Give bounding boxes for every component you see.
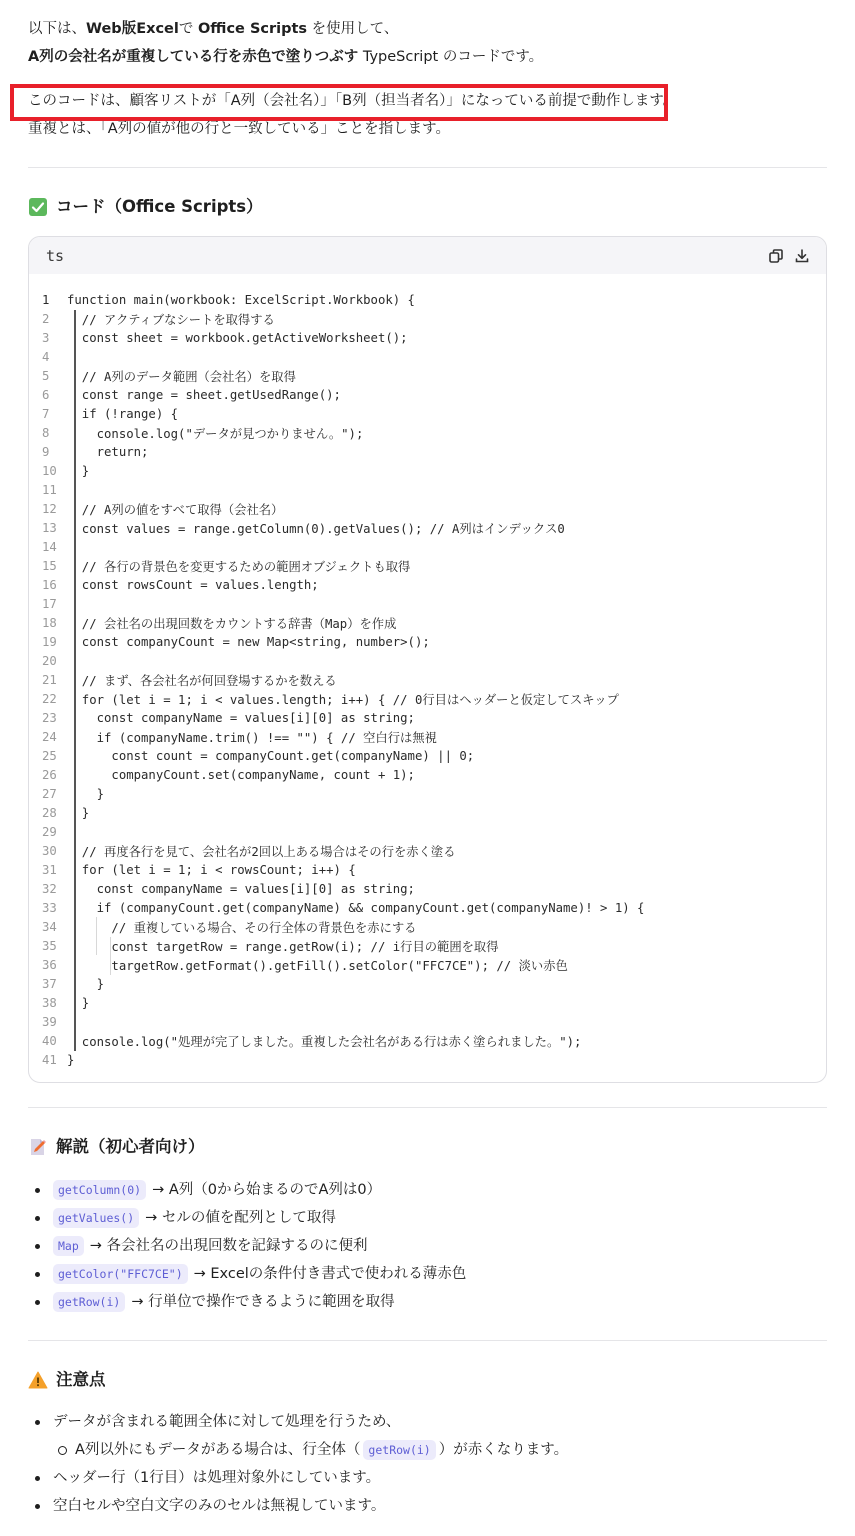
intro-line-4: 重複とは、「A列の値が他の行と一致している」ことを指します。 xyxy=(28,120,450,139)
inline-code: Map xyxy=(53,1236,84,1256)
intro-line-2: A列の会社名が重複している行を赤色で塗りつぶす TypeScript のコードで… xyxy=(28,48,543,67)
code-line: 6 const range = sheet.getUsedRange(); xyxy=(29,385,826,404)
code-language-label: ts xyxy=(46,247,64,265)
intro-bold: Office Scripts xyxy=(198,21,307,37)
list-item-text: → 行単位で操作できるように範囲を取得 xyxy=(131,1288,394,1316)
line-number: 34 xyxy=(29,920,67,934)
notes-list: データが含まれる範囲全体に対して処理を行うため、 A列以外にもデータがある場合は… xyxy=(28,1408,568,1520)
code-section-title: コード（Office Scripts） xyxy=(56,196,263,218)
line-number: 15 xyxy=(29,559,67,573)
code-text: return; xyxy=(67,445,148,459)
line-number: 11 xyxy=(29,483,67,497)
code-line: 3 const sheet = workbook.getActiveWorksh… xyxy=(29,328,826,347)
line-number: 12 xyxy=(29,502,67,516)
line-number: 21 xyxy=(29,673,67,687)
list-item: getRow(i)→ 行単位で操作できるように範囲を取得 xyxy=(28,1288,466,1316)
line-number: 24 xyxy=(29,730,67,744)
code-line: 28 } xyxy=(29,803,826,822)
line-number: 18 xyxy=(29,616,67,630)
divider xyxy=(28,1340,827,1341)
code-text: console.log("処理が完了しました。重複した会社名がある行は赤く塗られ… xyxy=(67,1032,581,1050)
explanation-heading: 解説（初心者向け） xyxy=(28,1136,205,1158)
code-text: const targetRow = range.getRow(i); // i行… xyxy=(67,937,499,955)
code-block-header: ts xyxy=(29,237,826,274)
code-line: 18 // 会社名の出現回数をカウントする辞書（Map）を作成 xyxy=(29,613,826,632)
code-line: 38 } xyxy=(29,993,826,1012)
code-text: // A列のデータ範囲（会社名）を取得 xyxy=(67,367,296,385)
code-text: // 重複している場合、その行全体の背景色を赤にする xyxy=(67,918,416,936)
code-text: } xyxy=(67,464,89,478)
code-line: 10 } xyxy=(29,461,826,480)
check-mark-button-icon xyxy=(28,197,48,217)
intro-text: 以下は、 xyxy=(28,21,86,37)
code-section-heading: コード（Office Scripts） xyxy=(28,196,263,218)
code-editor[interactable]: 1function main(workbook: ExcelScript.Wor… xyxy=(29,274,826,1069)
line-number: 16 xyxy=(29,578,67,592)
line-number: 9 xyxy=(29,445,67,459)
code-text: const values = range.getColumn(0).getVal… xyxy=(67,519,565,537)
line-number: 39 xyxy=(29,1015,67,1029)
list-item: getValues()→ セルの値を配列として取得 xyxy=(28,1204,466,1232)
inline-code: getRow(i) xyxy=(53,1292,125,1312)
line-number: 40 xyxy=(29,1034,67,1048)
code-text: const companyCount = new Map<string, num… xyxy=(67,635,430,649)
code-text: function main(workbook: ExcelScript.Work… xyxy=(67,293,415,307)
intro-line-1: 以下は、Web版Excelで Office Scripts を使用して、 xyxy=(28,20,398,39)
code-text: } xyxy=(67,1053,74,1067)
code-text: const count = companyCount.get(companyNa… xyxy=(67,749,474,763)
divider xyxy=(28,1107,827,1108)
code-line: 1function main(workbook: ExcelScript.Wor… xyxy=(29,290,826,309)
line-number: 8 xyxy=(29,426,67,440)
line-number: 5 xyxy=(29,369,67,383)
list-item-text: 空白セルや空白文字のみのセルは無視しています。 xyxy=(53,1492,385,1520)
code-text: // まず、各会社名が何回登場するかを数える xyxy=(67,671,337,689)
code-line: 7 if (!range) { xyxy=(29,404,826,423)
code-text: } xyxy=(67,996,89,1010)
code-line: 24 if (companyName.trim() !== "") { // 空… xyxy=(29,727,826,746)
download-icon[interactable] xyxy=(794,248,810,264)
line-number: 38 xyxy=(29,996,67,1010)
code-line: 30 // 再度各行を見て、会社名が2回以上ある場合はその行を赤く塗る xyxy=(29,841,826,860)
line-number: 1 xyxy=(29,293,67,307)
inline-code: getValues() xyxy=(53,1208,139,1228)
line-number: 29 xyxy=(29,825,67,839)
code-text: const companyName = values[i][0] as stri… xyxy=(67,882,415,896)
code-text: targetRow.getFormat().getFill().setColor… xyxy=(67,956,568,974)
code-line: 13 const values = range.getColumn(0).get… xyxy=(29,518,826,537)
list-item-text: → セルの値を配列として取得 xyxy=(145,1204,336,1232)
code-line: 12 // A列の値をすべて取得（会社名） xyxy=(29,499,826,518)
line-number: 35 xyxy=(29,939,67,953)
list-item: データが含まれる範囲全体に対して処理を行うため、 xyxy=(28,1408,568,1436)
code-text: // A列の値をすべて取得（会社名） xyxy=(67,500,283,518)
line-number: 28 xyxy=(29,806,67,820)
sub-list-item: A列以外にもデータがある場合は、行全体（getRow(i)）が赤くなります。 xyxy=(28,1436,568,1464)
line-number: 17 xyxy=(29,597,67,611)
inline-code: getRow(i) xyxy=(363,1440,435,1460)
code-text: for (let i = 1; i < rowsCount; i++) { xyxy=(67,863,356,877)
notes-title: 注意点 xyxy=(56,1369,106,1391)
code-line: 40 console.log("処理が完了しました。重複した会社名がある行は赤く… xyxy=(29,1031,826,1050)
highlight-annotation-box xyxy=(10,84,668,121)
code-text: } xyxy=(67,787,104,801)
code-line: 2 // アクティブなシートを取得する xyxy=(29,309,826,328)
explanation-list: getColumn(0)→ A列（0から始まるのでA列は0） getValues… xyxy=(28,1176,466,1316)
code-text: for (let i = 1; i < values.length; i++) … xyxy=(67,690,619,708)
code-line: 17 xyxy=(29,594,826,613)
code-text: // 会社名の出現回数をカウントする辞書（Map）を作成 xyxy=(67,614,396,632)
line-number: 14 xyxy=(29,540,67,554)
code-line: 25 const count = companyCount.get(compan… xyxy=(29,746,826,765)
line-number: 22 xyxy=(29,692,67,706)
code-line: 29 xyxy=(29,822,826,841)
code-line: 11 xyxy=(29,480,826,499)
line-number: 33 xyxy=(29,901,67,915)
copy-icon[interactable] xyxy=(768,248,784,264)
intro-text: で xyxy=(179,21,198,37)
line-number: 23 xyxy=(29,711,67,725)
code-line: 26 companyCount.set(companyName, count +… xyxy=(29,765,826,784)
code-block-toolbar xyxy=(768,248,810,264)
explanation-title: 解説（初心者向け） xyxy=(56,1136,205,1158)
code-text: if (companyName.trim() !== "") { // 空白行は… xyxy=(67,728,437,746)
code-line: 41} xyxy=(29,1050,826,1069)
code-line: 27 } xyxy=(29,784,826,803)
intro-text: を使用して、 xyxy=(307,21,398,37)
list-item: getColor("FFC7CE")→ Excelの条件付き書式で使われる薄赤色 xyxy=(28,1260,466,1288)
code-text: if (!range) { xyxy=(67,407,178,421)
code-text: console.log("データが見つかりません。"); xyxy=(67,424,363,442)
line-number: 25 xyxy=(29,749,67,763)
code-line: 15 // 各行の背景色を変更するための範囲オブジェクトも取得 xyxy=(29,556,826,575)
code-text: // 各行の背景色を変更するための範囲オブジェクトも取得 xyxy=(67,557,410,575)
code-text: const sheet = workbook.getActiveWorkshee… xyxy=(67,331,408,345)
line-number: 13 xyxy=(29,521,67,535)
code-text: const companyName = values[i][0] as stri… xyxy=(67,711,415,725)
warning-icon xyxy=(28,1370,48,1390)
list-item-text: → A列（0から始まるのでA列は0） xyxy=(152,1176,381,1204)
list-item-text: → 各会社名の出現回数を記録するのに便利 xyxy=(90,1232,368,1260)
line-number: 2 xyxy=(29,312,67,326)
code-text: } xyxy=(67,806,89,820)
list-item-text: → Excelの条件付き書式で使われる薄赤色 xyxy=(194,1260,467,1288)
code-text: // アクティブなシートを取得する xyxy=(67,310,275,328)
code-line: 8 console.log("データが見つかりません。"); xyxy=(29,423,826,442)
line-number: 6 xyxy=(29,388,67,402)
code-block: ts 1function main(workbook: ExcelScript.… xyxy=(28,236,827,1083)
list-item: getColumn(0)→ A列（0から始まるのでA列は0） xyxy=(28,1176,466,1204)
line-number: 3 xyxy=(29,331,67,345)
list-item-text: データが含まれる範囲全体に対して処理を行うため、 xyxy=(53,1408,400,1436)
line-number: 7 xyxy=(29,407,67,421)
line-number: 36 xyxy=(29,958,67,972)
code-line: 14 xyxy=(29,537,826,556)
code-line: 16 const rowsCount = values.length; xyxy=(29,575,826,594)
code-text: } xyxy=(67,977,104,991)
intro-bold: Web版Excel xyxy=(86,21,179,37)
code-line: 4 xyxy=(29,347,826,366)
code-text: companyCount.set(companyName, count + 1)… xyxy=(67,768,415,782)
list-item-text: ヘッダー行（1行目）は処理対象外にしています。 xyxy=(53,1464,380,1492)
intro-bold: A列の会社名が重複している行を赤色で塗りつぶす xyxy=(28,49,358,65)
line-number: 10 xyxy=(29,464,67,478)
code-text: if (companyCount.get(companyName) && com… xyxy=(67,901,644,915)
code-text: // 再度各行を見て、会社名が2回以上ある場合はその行を赤く塗る xyxy=(67,842,456,860)
line-number: 4 xyxy=(29,350,67,364)
code-line: 34 // 重複している場合、その行全体の背景色を赤にする xyxy=(29,917,826,936)
code-line: 31 for (let i = 1; i < rowsCount; i++) { xyxy=(29,860,826,879)
code-line: 33 if (companyCount.get(companyName) && … xyxy=(29,898,826,917)
line-number: 31 xyxy=(29,863,67,877)
code-line: 35 const targetRow = range.getRow(i); //… xyxy=(29,936,826,955)
code-line: 36 targetRow.getFormat().getFill().setCo… xyxy=(29,955,826,974)
inline-code: getColor("FFC7CE") xyxy=(53,1264,188,1284)
code-line: 9 return; xyxy=(29,442,826,461)
code-line: 20 xyxy=(29,651,826,670)
line-number: 27 xyxy=(29,787,67,801)
line-number: 32 xyxy=(29,882,67,896)
code-line: 32 const companyName = values[i][0] as s… xyxy=(29,879,826,898)
code-line: 37 } xyxy=(29,974,826,993)
line-number: 41 xyxy=(29,1053,67,1067)
list-item: Map→ 各会社名の出現回数を記録するのに便利 xyxy=(28,1232,466,1260)
list-item-text: ）が赤くなります。 xyxy=(439,1436,568,1464)
code-line: 21 // まず、各会社名が何回登場するかを数える xyxy=(29,670,826,689)
line-number: 37 xyxy=(29,977,67,991)
divider xyxy=(28,167,827,168)
code-line: 5 // A列のデータ範囲（会社名）を取得 xyxy=(29,366,826,385)
code-line: 39 xyxy=(29,1012,826,1031)
line-number: 30 xyxy=(29,844,67,858)
line-number: 26 xyxy=(29,768,67,782)
line-number: 20 xyxy=(29,654,67,668)
notes-heading: 注意点 xyxy=(28,1369,106,1391)
line-number: 19 xyxy=(29,635,67,649)
code-line: 23 const companyName = values[i][0] as s… xyxy=(29,708,826,727)
memo-icon xyxy=(28,1137,48,1157)
intro-text: TypeScript のコードです。 xyxy=(358,49,543,65)
inline-code: getColumn(0) xyxy=(53,1180,146,1200)
list-item: 空白セルや空白文字のみのセルは無視しています。 xyxy=(28,1492,568,1520)
list-item-text: A列以外にもデータがある場合は、行全体（ xyxy=(75,1436,360,1464)
code-text: const range = sheet.getUsedRange(); xyxy=(67,388,341,402)
code-line: 19 const companyCount = new Map<string, … xyxy=(29,632,826,651)
code-text: const rowsCount = values.length; xyxy=(67,578,319,592)
list-item: ヘッダー行（1行目）は処理対象外にしています。 xyxy=(28,1464,568,1492)
code-line: 22 for (let i = 1; i < values.length; i+… xyxy=(29,689,826,708)
